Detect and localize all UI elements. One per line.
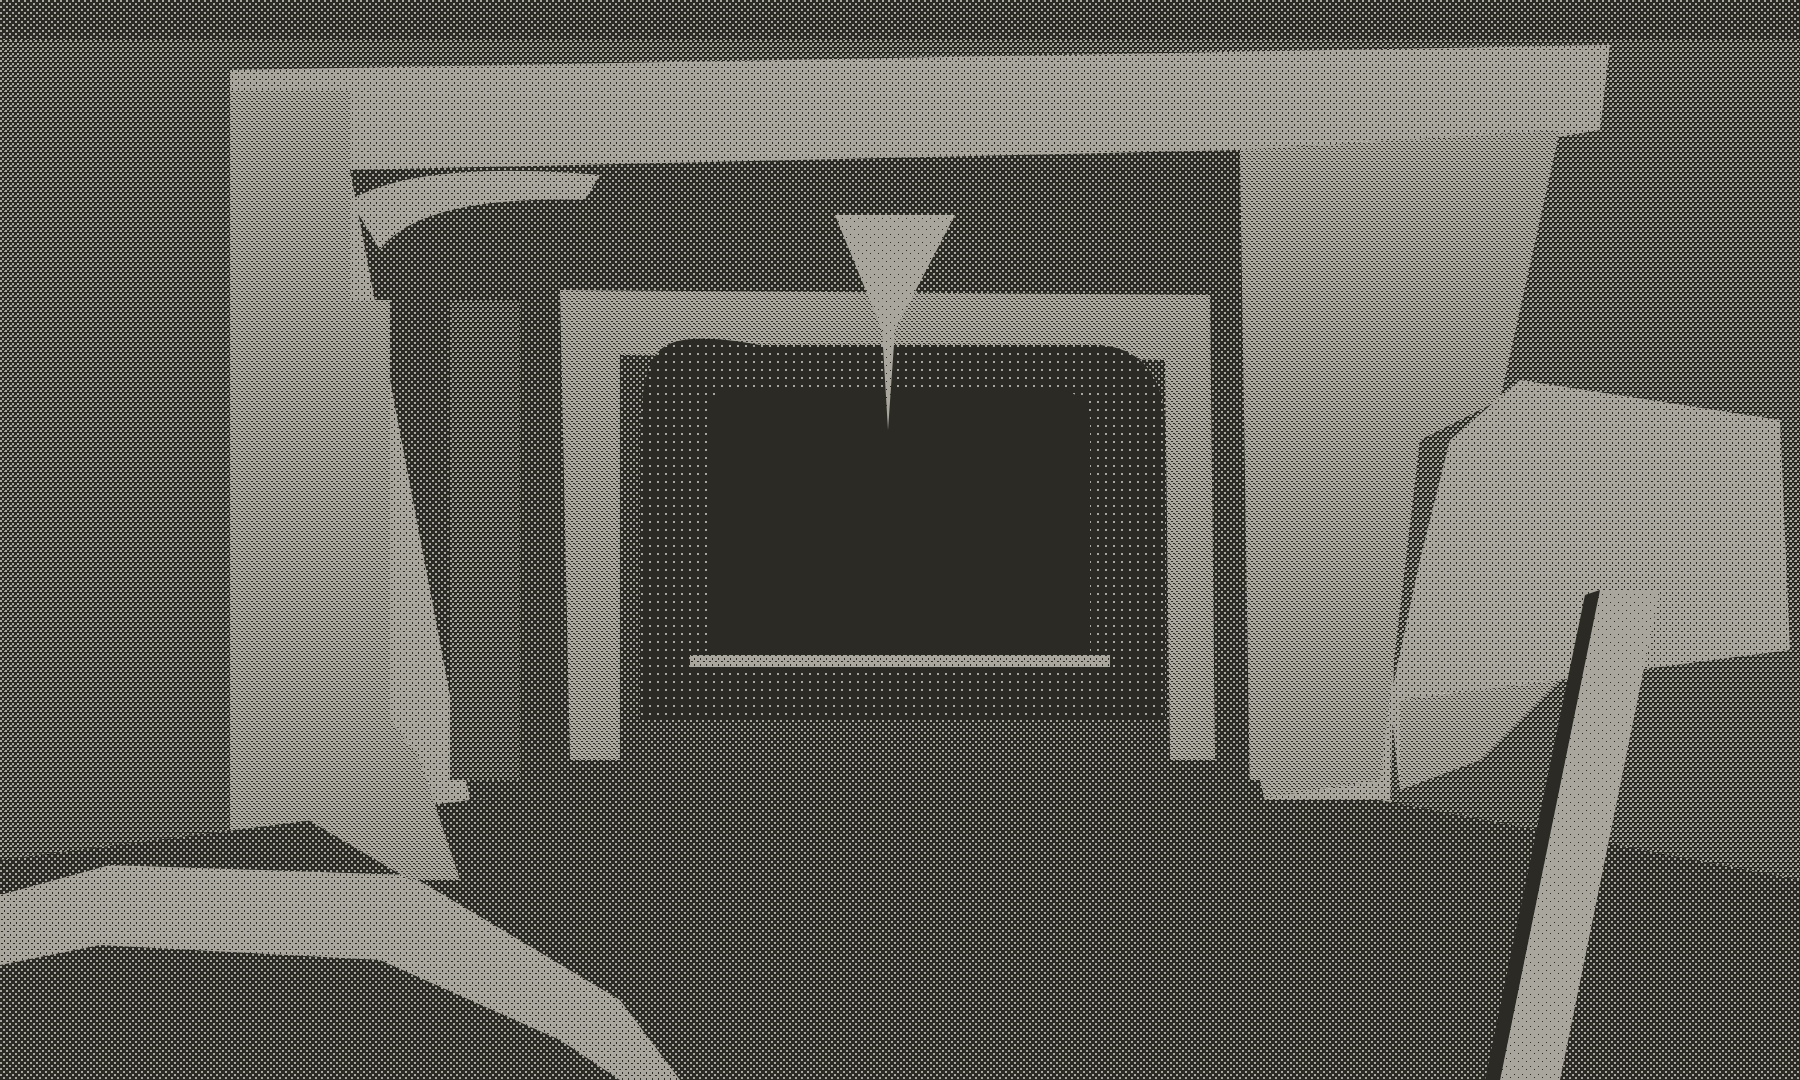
far-floor-edge (690, 655, 1110, 667)
far-darkness (710, 389, 1090, 660)
ceiling-band (0, 0, 1800, 40)
game-viewport[interactable] (0, 0, 1800, 1080)
game-scene (0, 0, 1800, 1080)
left-post-inner-2 (450, 300, 520, 780)
